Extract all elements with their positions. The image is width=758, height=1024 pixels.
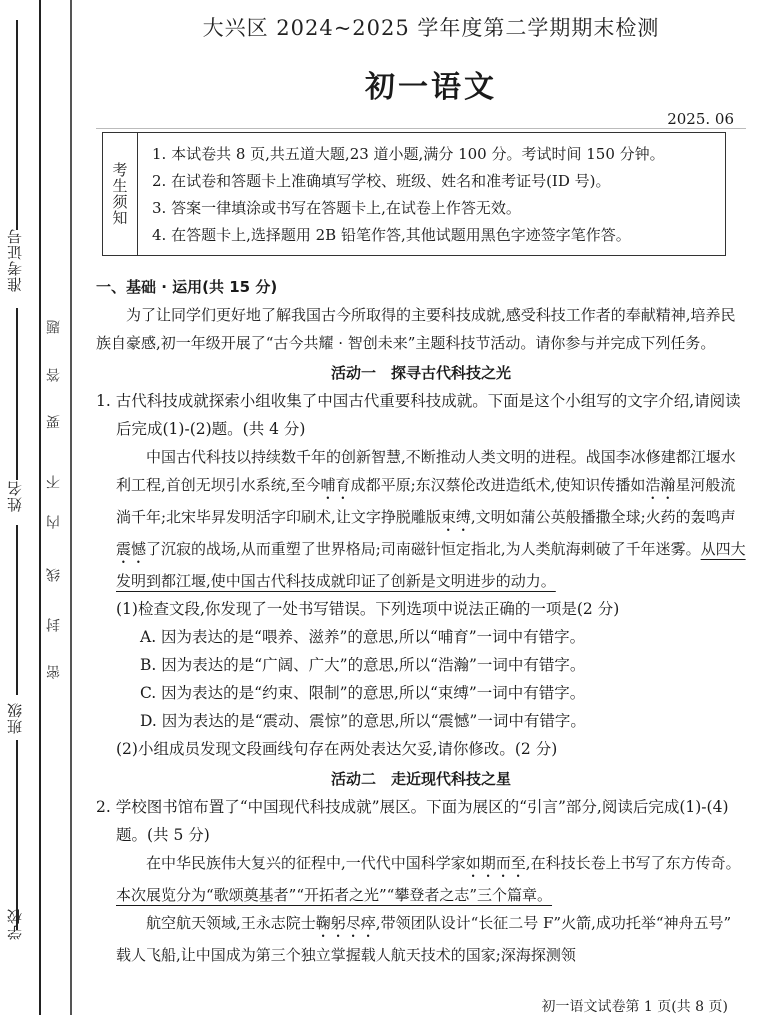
notice-item: 2. 在试卷和答题卡上准确填写学校、班级、姓名和准考证号(ID 号)。: [152, 168, 665, 195]
seal-char: 密: [44, 665, 68, 679]
passage-text: ,文明如蒲公英般播撒全球;火药的轰鸣声: [471, 508, 736, 526]
notice-item: 3. 答案一律填涂或书写在答题卡上,在试卷上作答无效。: [152, 195, 665, 222]
section-intro: 为了让同学们更好地了解我国古今所取得的主要科技成就,感受科技工作者的奉献精神,培…: [96, 301, 746, 357]
subject-title: 初一语文: [96, 62, 746, 106]
reading-passage: 在中华民族伟大复兴的征程中,一代代中国科学家如期而至,在科技长卷上书写了东方传奇…: [96, 849, 746, 909]
emphasized-word: 束缚: [441, 508, 471, 526]
notice-tag: 考生须知: [103, 133, 138, 255]
seal-char: 要: [44, 415, 68, 429]
exam-id-blank[interactable]: [16, 20, 18, 230]
notice-tag-text: 考生须知: [112, 162, 128, 226]
seal-char: 封: [44, 618, 68, 632]
section-title: 一、基础 · 运用(共 15 分): [96, 276, 746, 297]
candidate-notice: 考生须知 1. 本试卷共 8 页,共五道大题,23 道小题,满分 100 分。考…: [102, 132, 726, 256]
sub-question: (2)小组成员发现文段画线句存在两处表达欠妥,请你修改。(2 分): [96, 735, 746, 763]
option-a[interactable]: A. 因为表达的是“喂养、滋养”的意思,所以“哺育”一词中有错字。: [96, 623, 746, 651]
emphasized-word: 哺育: [321, 476, 351, 494]
name-label: 姓名: [4, 480, 25, 512]
exam-id-field[interactable]: 准考证号: [2, 0, 32, 320]
emphasized-word: 震憾: [116, 540, 146, 558]
notice-list: 1. 本试卷共 8 页,共五道大题,23 道小题,满分 100 分。考试时间 1…: [138, 133, 665, 255]
passage-text: 在中华民族伟大复兴的征程中,一代代中国科学家: [146, 854, 466, 872]
name-field[interactable]: 姓名: [2, 345, 32, 645]
school-field[interactable]: 学校: [2, 900, 32, 1024]
seal-line-outer: [39, 0, 41, 1015]
passage-text: 了沉寂的战场,从而重塑了世界格局;司南磁针恒定指北,为人类航海刺破了千年迷雾。: [146, 540, 701, 558]
school-label: 学校: [4, 908, 25, 940]
exam-name: 大兴区 2024~2025 学年度第二学期期末检测: [96, 12, 746, 42]
emphasized-word: 浩瀚: [645, 476, 675, 494]
name-blank[interactable]: [16, 345, 18, 480]
exam-page: 大兴区 2024~2025 学年度第二学期期末检测 初一语文 2025. 06 …: [96, 0, 746, 969]
reading-passage: 航空航天领域,王永志院士鞠躬尽瘁,带领团队设计“长征二号 F”火箭,成功托举“神…: [96, 909, 746, 969]
option-c[interactable]: C. 因为表达的是“约束、限制”的意思,所以“束缚”一词中有错字。: [96, 679, 746, 707]
emphasized-word: 鞠躬尽瘁: [316, 914, 376, 932]
emphasized-word: 如期而至: [466, 854, 526, 872]
seal-char: 题: [44, 320, 68, 334]
exam-date: 2025. 06: [96, 110, 746, 128]
underlined-sentence: 本次展览分为“歌颂奠基者”“开拓者之光”“攀登者之志”三个篇章。: [116, 886, 552, 904]
reading-passage: 中国古代科技以持续数千年的创新智慧,不断推动人类文明的进程。战国李冰修建都江堰水…: [96, 443, 746, 595]
passage-text: 成都平原;东汉蔡伦改进造纸术,使知识传播如: [351, 476, 646, 494]
notice-item: 4. 在答题卡上,选择题用 2B 铅笔作答,其他试题用黑色字迹签字笔作答。: [152, 222, 665, 249]
passage-text: 航空航天领域,王永志院士: [146, 914, 316, 932]
seal-line-inner: [70, 0, 72, 1015]
option-d[interactable]: D. 因为表达的是“震动、震惊”的意思,所以“震憾”一词中有错字。: [96, 707, 746, 735]
notice-item: 1. 本试卷共 8 页,共五道大题,23 道小题,满分 100 分。考试时间 1…: [152, 141, 665, 168]
seal-char: 线: [44, 568, 68, 582]
activity-title: 活动一 探寻古代科技之光: [96, 359, 746, 387]
seal-char: 内: [44, 515, 68, 529]
activity-title: 活动二 走近现代科技之星: [96, 765, 746, 793]
class-blank[interactable]: [16, 640, 18, 695]
question-stem: 1. 古代科技成就探索小组收集了中国古代重要科技成就。下面是这个小组写的文字介绍…: [96, 387, 746, 443]
class-field[interactable]: 班级: [2, 640, 32, 940]
exam-id-label: 准考证号: [4, 228, 25, 292]
page-footer: 初一语文试卷第 1 页(共 8 页): [541, 996, 728, 1016]
exam-id-blank-tail: [16, 308, 18, 348]
class-label: 班级: [4, 702, 25, 734]
passage-text: ,在科技长卷上书写了东方传奇。: [526, 854, 741, 872]
sub-question: (1)检查文段,你发现了一处书写错误。下列选项中说法正确的一项是(2 分): [96, 595, 746, 623]
question-stem: 2. 学校图书馆布置了“中国现代科技成就”展区。下面为展区的“引言”部分,阅读后…: [96, 793, 746, 849]
seal-char: 答: [44, 368, 68, 382]
option-b[interactable]: B. 因为表达的是“广阔、广大”的意思,所以“浩瀚”一词中有错字。: [96, 651, 746, 679]
binding-margin: 准考证号 姓名 班级 学校 题 答 要 不 内 线 封 密: [0, 0, 90, 1024]
seal-char: 不: [44, 475, 68, 489]
